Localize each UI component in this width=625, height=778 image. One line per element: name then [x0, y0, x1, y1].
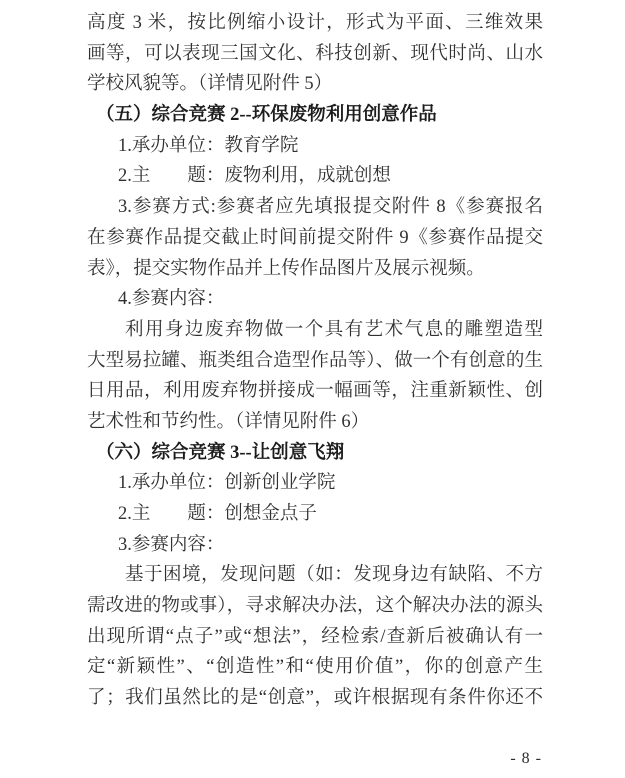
section-heading: （五）综合竞赛 2--环保废物利用创意作品	[87, 100, 543, 131]
paragraph-line: 了；我们虽然比的是“创意”，或许根据现有条件你还不能	[87, 683, 543, 714]
paragraph-line: 表》，提交实物作品并上传作品图片及展示视频。	[87, 254, 543, 285]
paragraph-line: 在参赛作品提交截止时间前提交附件 9《参赛作品提交登记	[87, 223, 543, 254]
section-heading: （六）综合竞赛 3--让创意飞翔	[87, 438, 543, 469]
list-item-line: 4.参赛内容：	[87, 284, 543, 315]
list-item-line: 3.参赛内容：	[87, 530, 543, 561]
paragraph-line: 利用身边废弃物做一个具有艺术气息的雕塑造型（如：	[87, 315, 543, 346]
paragraph-line: 日用品，利用废弃物拼接成一幅画等，注重新颖性、创造性、	[87, 376, 543, 407]
paragraph-line: 艺术性和节约性。（详情见附件 6）	[87, 407, 543, 438]
paragraph-line: 大型易拉罐、瓶类组合造型作品等）、做一个有创意的生活	[87, 346, 543, 377]
list-item-line: 3.参赛方式:参赛者应先填报提交附件 8《参赛报名表》，	[87, 192, 543, 223]
paragraph-line: 需改进的物或事），寻求解决办法，这个解决办法的源头就	[87, 591, 543, 622]
paragraph-line: 画等，可以表现三国文化、科技创新、现代时尚、山水风景、	[87, 39, 543, 70]
list-item-line: 1.承办单位：创新创业学院	[87, 468, 543, 499]
text-block: 高度 3 米，按比例缩小设计，形式为平面、三维效果图、动 画等，可以表现三国文化…	[87, 8, 543, 714]
paragraph-line: 出现所谓“点子”或“想法”，经检索/查新后被确认有一	[87, 622, 543, 653]
page-number: - 8 -	[510, 748, 542, 770]
list-item-line: 2.主 题：创想金点子	[87, 499, 543, 530]
document-page: 高度 3 米，按比例缩小设计，形式为平面、三维效果图、动 画等，可以表现三国文化…	[0, 0, 625, 778]
list-item-line: 2.主 题：废物利用，成就创想	[87, 161, 543, 192]
paragraph-line: 学校风貌等。（详情见附件 5）	[87, 69, 543, 100]
paragraph-line: 高度 3 米，按比例缩小设计，形式为平面、三维效果图、动	[87, 8, 543, 39]
paragraph-line: 基于困境，发现问题（如：发现身边有缺陷、不方便、	[87, 560, 543, 591]
list-item-line: 1.承办单位：教育学院	[87, 131, 543, 162]
paragraph-line: 定“新颖性”、“创造性”和“使用价值”，你的创意产生	[87, 652, 543, 683]
